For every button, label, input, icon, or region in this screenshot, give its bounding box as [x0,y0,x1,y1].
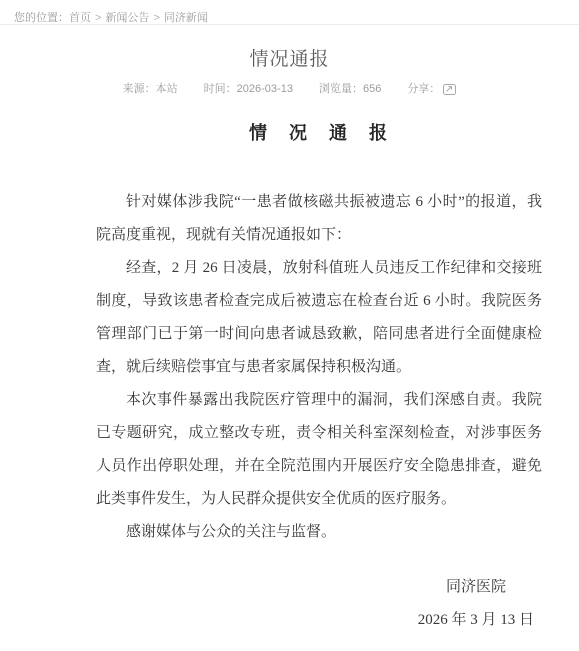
notice-document: 情 况 通 报 针对媒体涉我院“一患者做核磁共振被遗忘 6 小时”的报道，我院高… [96,122,542,637]
breadcrumb: 您的位置：首页>新闻公告>同济新闻 [0,0,579,25]
share-icon[interactable] [440,83,456,95]
notice-paragraph-2: 经查，2 月 26 日凌晨，放射科值班人员违反工作纪律和交接班制度，导致该患者检… [96,252,542,384]
share-button[interactable]: 分享： [407,82,456,96]
meta-source-label: 来源： [123,82,156,96]
meta-source: 来源：本站 [123,82,178,96]
meta-time-label: 时间： [204,82,237,96]
breadcrumb-prefix-label: 您的位置： [14,12,69,24]
meta-time-value: 2026-03-13 [237,82,293,96]
meta-time: 时间：2026-03-13 [204,82,293,96]
notice-paragraph-3: 本次事件暴露出我院医疗管理中的漏洞，我们深感自责。我院已专题研究，成立整改专班，… [96,384,542,516]
page-title: 情况通报 [0,47,579,73]
notice-date: 2026 年 3 月 13 日 [96,604,542,637]
notice-paragraph-4: 感谢媒体与公众的关注与监督。 [96,516,542,549]
notice-title: 情 况 通 报 [96,122,542,144]
notice-signature: 同济医院 [96,571,542,604]
article-meta: 来源：本站 时间：2026-03-13 浏览量：656 分享： [0,82,579,96]
breadcrumb-link-tongji-news[interactable]: 同济新闻 [164,12,208,24]
breadcrumb-link-home[interactable]: 首页 [69,12,91,24]
notice-paragraph-1: 针对媒体涉我院“一患者做核磁共振被遗忘 6 小时”的报道，我院高度重视，现就有关… [96,186,542,252]
breadcrumb-separator: > [153,12,159,24]
breadcrumb-link-news[interactable]: 新闻公告 [105,12,149,24]
meta-source-value: 本站 [156,82,178,96]
share-label: 分享： [407,82,440,96]
meta-views-label: 浏览量： [319,82,363,96]
breadcrumb-separator: > [95,12,101,24]
meta-views-value: 656 [363,82,381,96]
meta-views: 浏览量：656 [319,82,381,96]
